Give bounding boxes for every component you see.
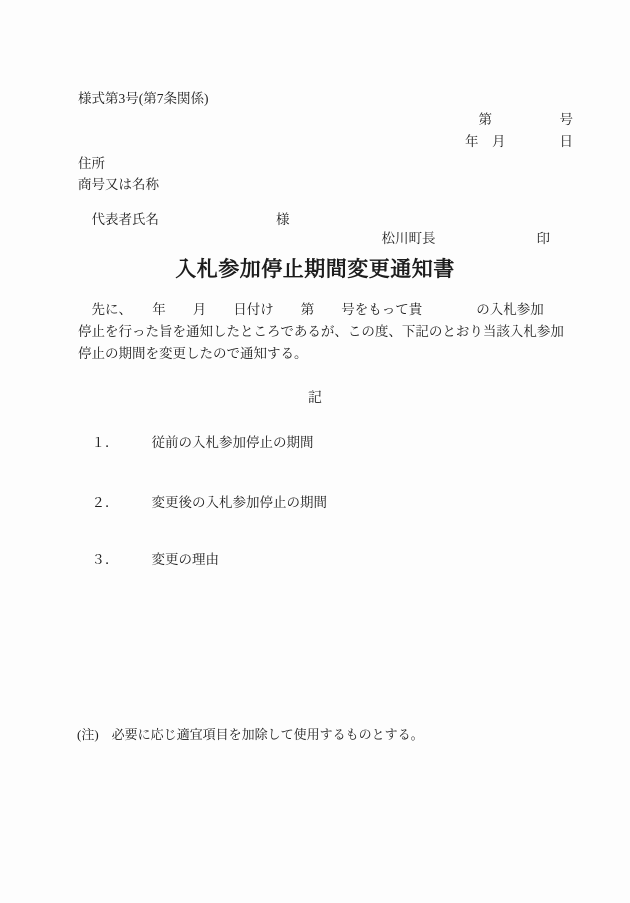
issuer-name: 松川町長 <box>382 231 436 246</box>
date-blank: 年 月 日 <box>465 134 573 149</box>
item-label: 従前の入札参加停止の期間 <box>152 435 314 450</box>
company-name-label: 商号又は名称 <box>78 177 159 192</box>
item-number: ３． <box>92 552 152 567</box>
record-marker: 記 <box>0 387 630 407</box>
seal-mark: 印 <box>537 231 551 246</box>
list-item: ２．変更後の入札参加停止の期間 <box>78 480 327 525</box>
item-number: １． <box>92 435 152 450</box>
footnote: (注) 必要に応じ適宜項目を加除して使用するものとする。 <box>77 727 424 742</box>
item-number: ２． <box>92 495 152 510</box>
list-item: １．従前の入札参加停止の期間 <box>78 420 314 465</box>
body-line: 停止を行った旨を通知したところであるが、この度、下記のとおり当該入札参加 <box>78 321 578 343</box>
item-label: 変更の理由 <box>152 552 220 567</box>
address-label: 住所 <box>78 156 105 171</box>
form-number-label: 様式第3号(第7条関係) <box>78 91 209 106</box>
document-number-blank: 第 号 <box>479 112 574 127</box>
document-title: 入札参加停止期間変更通知書 <box>0 253 630 283</box>
body-line: 先に、 年 月 日付け 第 号をもって貴 の入札参加 <box>78 299 578 321</box>
document-page: 様式第3号(第7条関係) 第 号 年 月 日 住所 商号又は名称 代表者氏名様 … <box>0 0 630 903</box>
list-item: ３．変更の理由 <box>78 537 219 582</box>
body-line: 停止の期間を変更したので通知する。 <box>78 343 578 365</box>
body-paragraph: 先に、 年 月 日付け 第 号をもって貴 の入札参加 停止を行った旨を通知したと… <box>78 299 578 365</box>
representative-label: 代表者氏名 <box>92 212 160 227</box>
representative-line: 代表者氏名様 <box>78 197 290 242</box>
addressee-honorific: 様 <box>276 212 290 227</box>
item-label: 変更後の入札参加停止の期間 <box>152 495 328 510</box>
